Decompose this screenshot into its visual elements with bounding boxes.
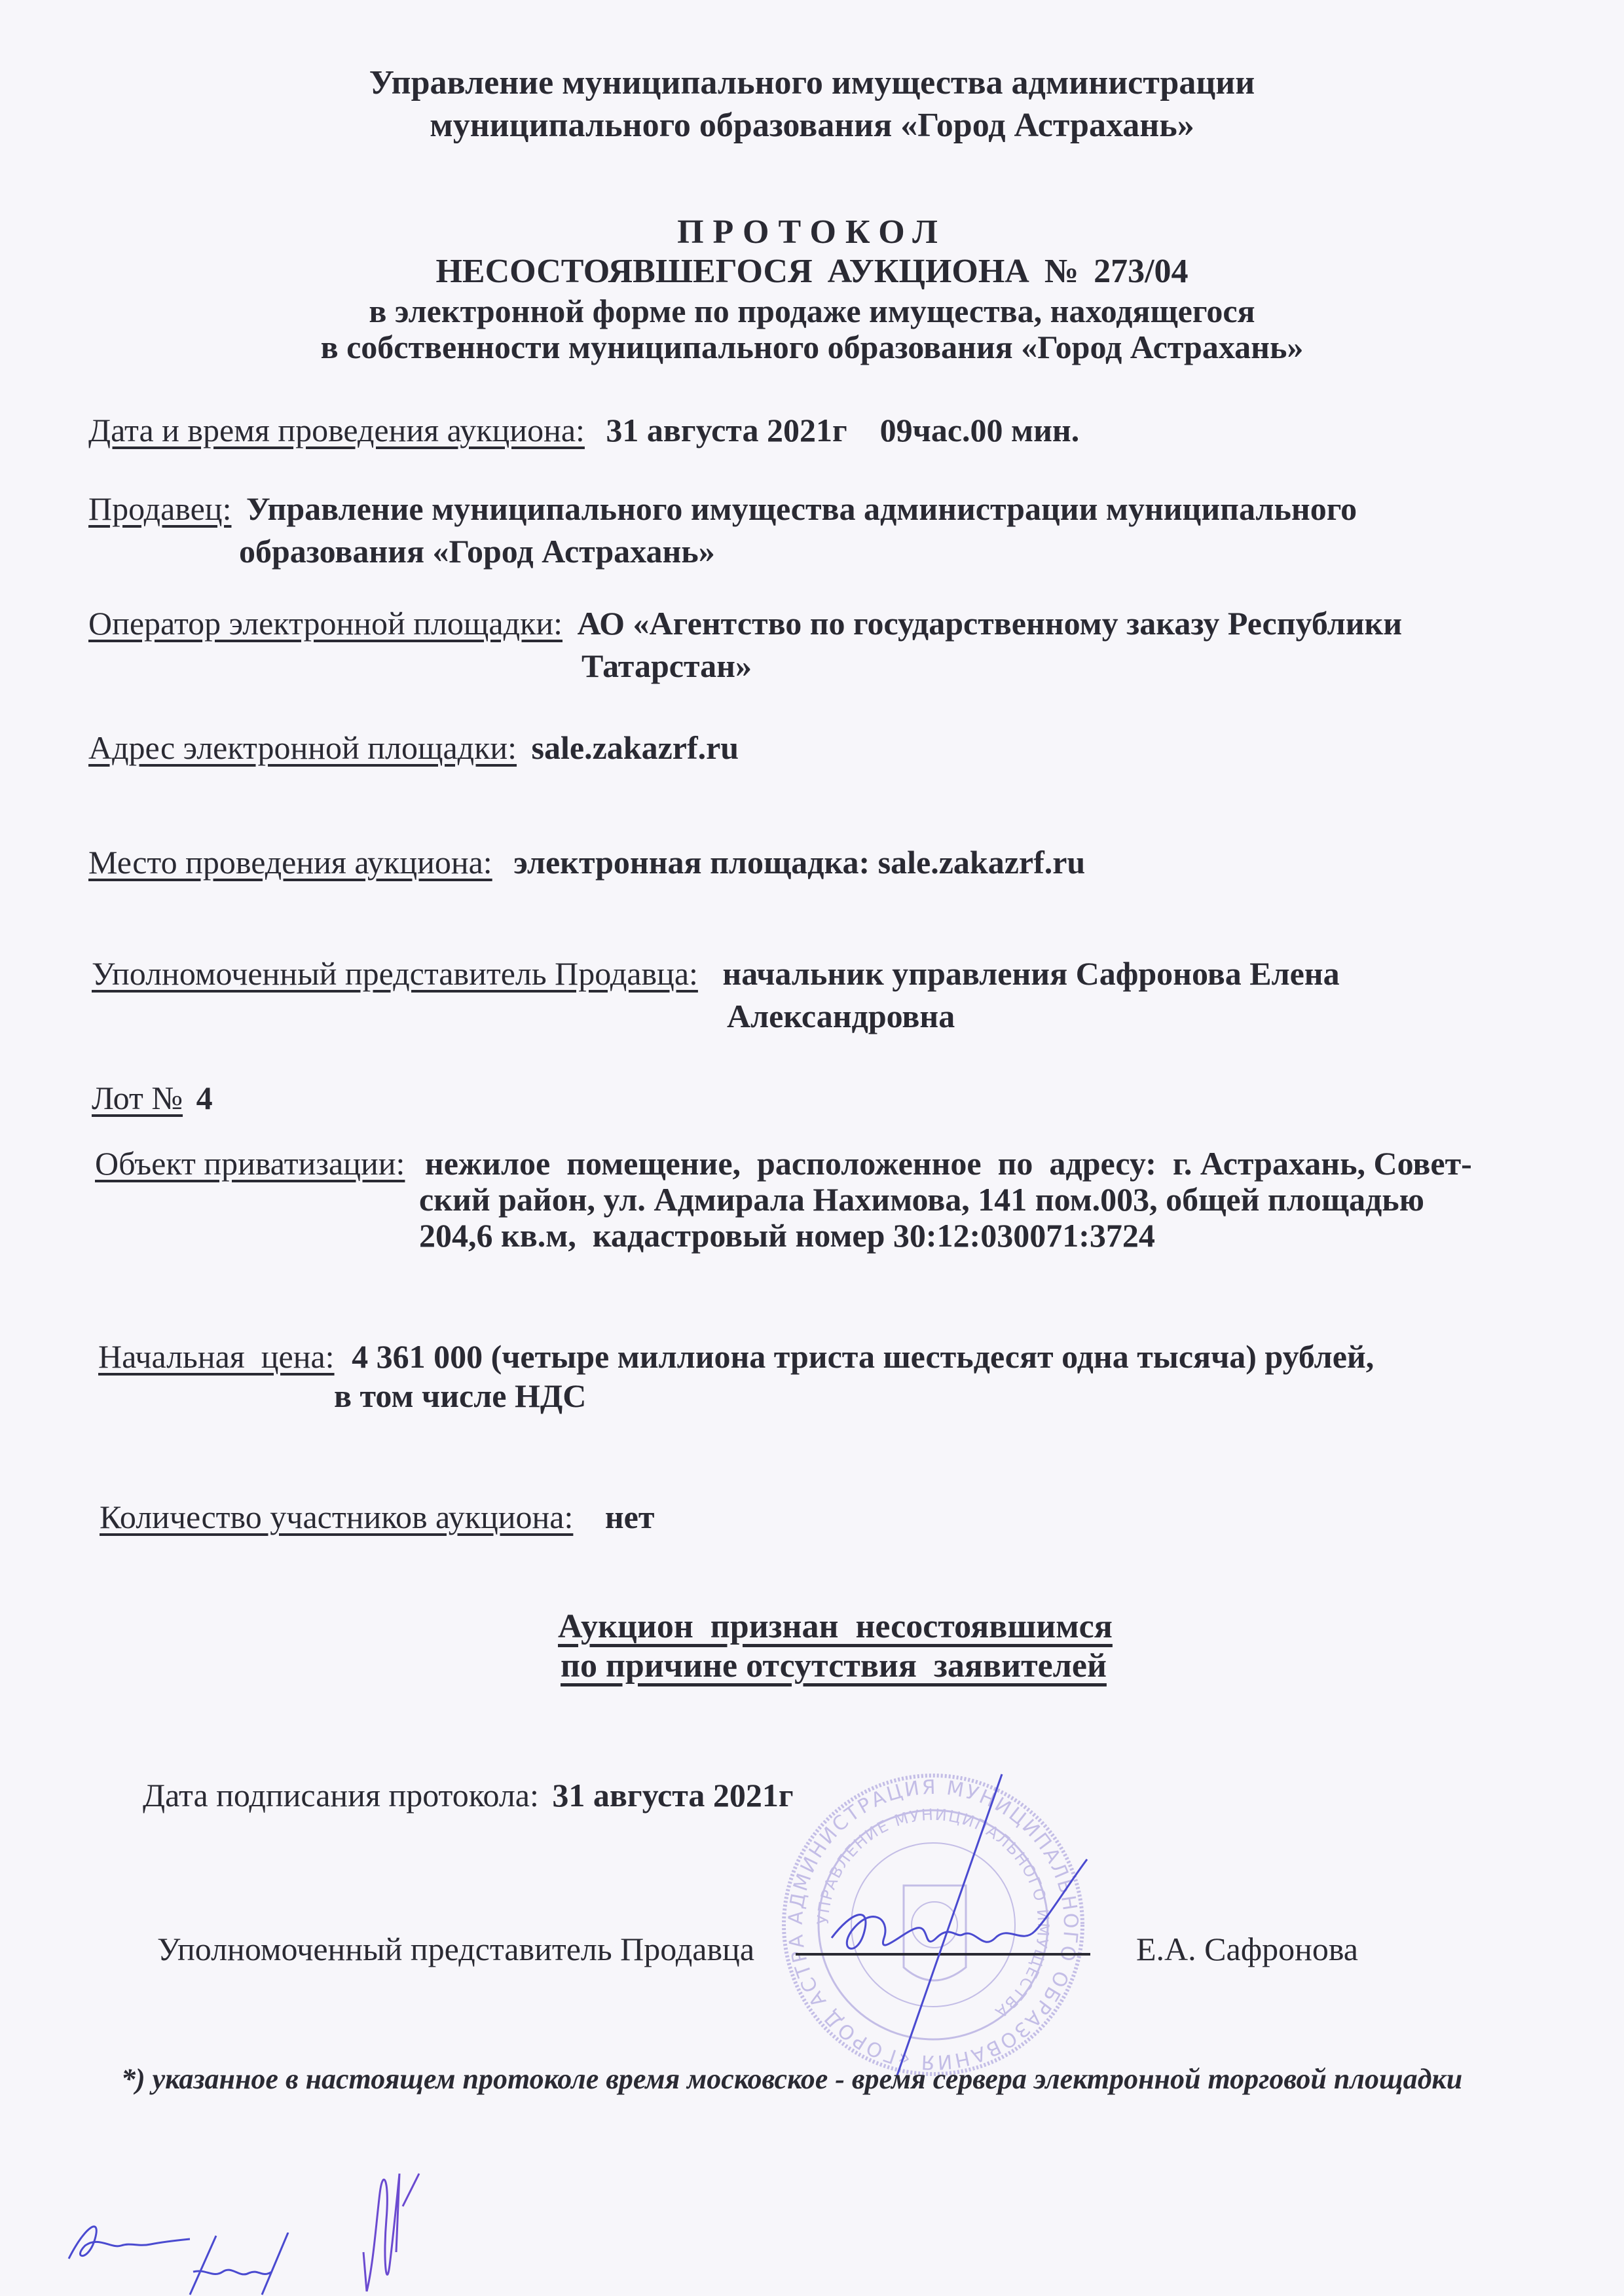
signature-rep-name: Е.А. Сафронова (1136, 1928, 1358, 1970)
field-label: Объект приватизации: (95, 1145, 405, 1182)
field-label: Адрес электронной площадки: (88, 729, 517, 766)
field-label: Начальная цена: (98, 1338, 335, 1375)
field-value: нет (605, 1499, 655, 1535)
field-value-line1: АО «Агентство по государственному заказу… (578, 605, 1403, 642)
field-representative-line2: Александровна (727, 995, 955, 1037)
field-seller-line2: образования «Город Астрахань» (239, 530, 715, 572)
field-auction-place: Место проведения аукциона: электронная п… (88, 841, 1085, 883)
field-seller-representative: Уполномоченный представитель Продавца: н… (92, 953, 1340, 994)
field-label: Оператор электронной площадки: (88, 605, 563, 642)
field-label: Уполномоченный представитель Продавца: (92, 955, 698, 992)
field-value-line1: нежилое помещение, расположенное по адре… (425, 1145, 1472, 1182)
signing-date: Дата подписания протокола: 31 августа 20… (143, 1774, 794, 1816)
auction-number-title: НЕСОСТОЯВШЕГОСЯ АУКЦИОНА № 273/04 (0, 252, 1624, 291)
field-value: электронная площадка: sale.zakazrf.ru (513, 844, 1085, 881)
field-label: Продавец: (88, 490, 231, 527)
field-label: Количество участников аукциона: (100, 1499, 573, 1535)
field-platform-address: Адрес электронной площадки: sale.zakazrf… (88, 727, 739, 769)
handwritten-signature-icon (812, 1768, 1100, 2082)
field-price-line2: в том числе НДС (334, 1375, 586, 1417)
commission-signature-3-icon (354, 2167, 426, 2296)
field-value-line1: 4 361 000 (четыре миллиона триста шестьд… (352, 1338, 1374, 1375)
org-header-line2: муниципального образования «Город Астрах… (0, 105, 1624, 147)
commission-signature-2-icon (177, 2232, 295, 2296)
commission-signature-1-icon (59, 2213, 190, 2272)
field-operator-line2: Татарстан» (581, 645, 752, 687)
field-label: Дата и время проведения аукциона: (88, 412, 585, 448)
field-starting-price: Начальная цена: 4 361 000 (четыре миллио… (98, 1336, 1374, 1377)
field-object-line3: 204,6 кв.м, кадастровый номер 30:12:0300… (419, 1214, 1155, 1256)
field-value-line1: начальник управления Сафронова Елена (722, 955, 1339, 992)
field-lot: Лот № 4 (92, 1077, 213, 1119)
signing-date-value: 31 августа 2021г (552, 1777, 793, 1813)
field-auction-datetime: Дата и время проведения аукциона: 31 авг… (88, 409, 1079, 451)
org-header-line1: Управление муниципального имущества адми… (0, 62, 1624, 104)
document-page: Управление муниципального имущества адми… (0, 0, 1624, 2296)
title-subline-1: в электронной форме по продаже имущества… (0, 291, 1624, 331)
protocol-title: ПРОТОКОЛ (0, 213, 1624, 251)
signing-date-label: Дата подписания протокола: (143, 1777, 539, 1813)
field-value: 31 августа 2021г 09час.00 мин. (606, 412, 1079, 448)
footnote-time-note: *) указанное в настоящем протоколе время… (121, 2062, 1462, 2096)
result-line2: по причине отсутствия заявителей (561, 1647, 1107, 1685)
field-participants-count: Количество участников аукциона: нет (100, 1496, 654, 1538)
field-value: 4 (196, 1080, 213, 1116)
field-value: sale.zakazrf.ru (532, 729, 739, 766)
result-line1: Аукцион признан несостоявшимся (558, 1607, 1113, 1646)
signature-rep-label: Уполномоченный представитель Продавца (157, 1928, 754, 1970)
field-operator: Оператор электронной площадки: АО «Агент… (88, 602, 1402, 644)
field-value-line1: Управление муниципального имущества адми… (246, 490, 1357, 527)
field-label: Место проведения аукциона: (88, 844, 492, 881)
title-subline-2: в собственности муниципального образован… (0, 327, 1624, 367)
field-label: Лот № (92, 1080, 183, 1116)
field-seller: Продавец: Управление муниципального имущ… (88, 488, 1357, 530)
